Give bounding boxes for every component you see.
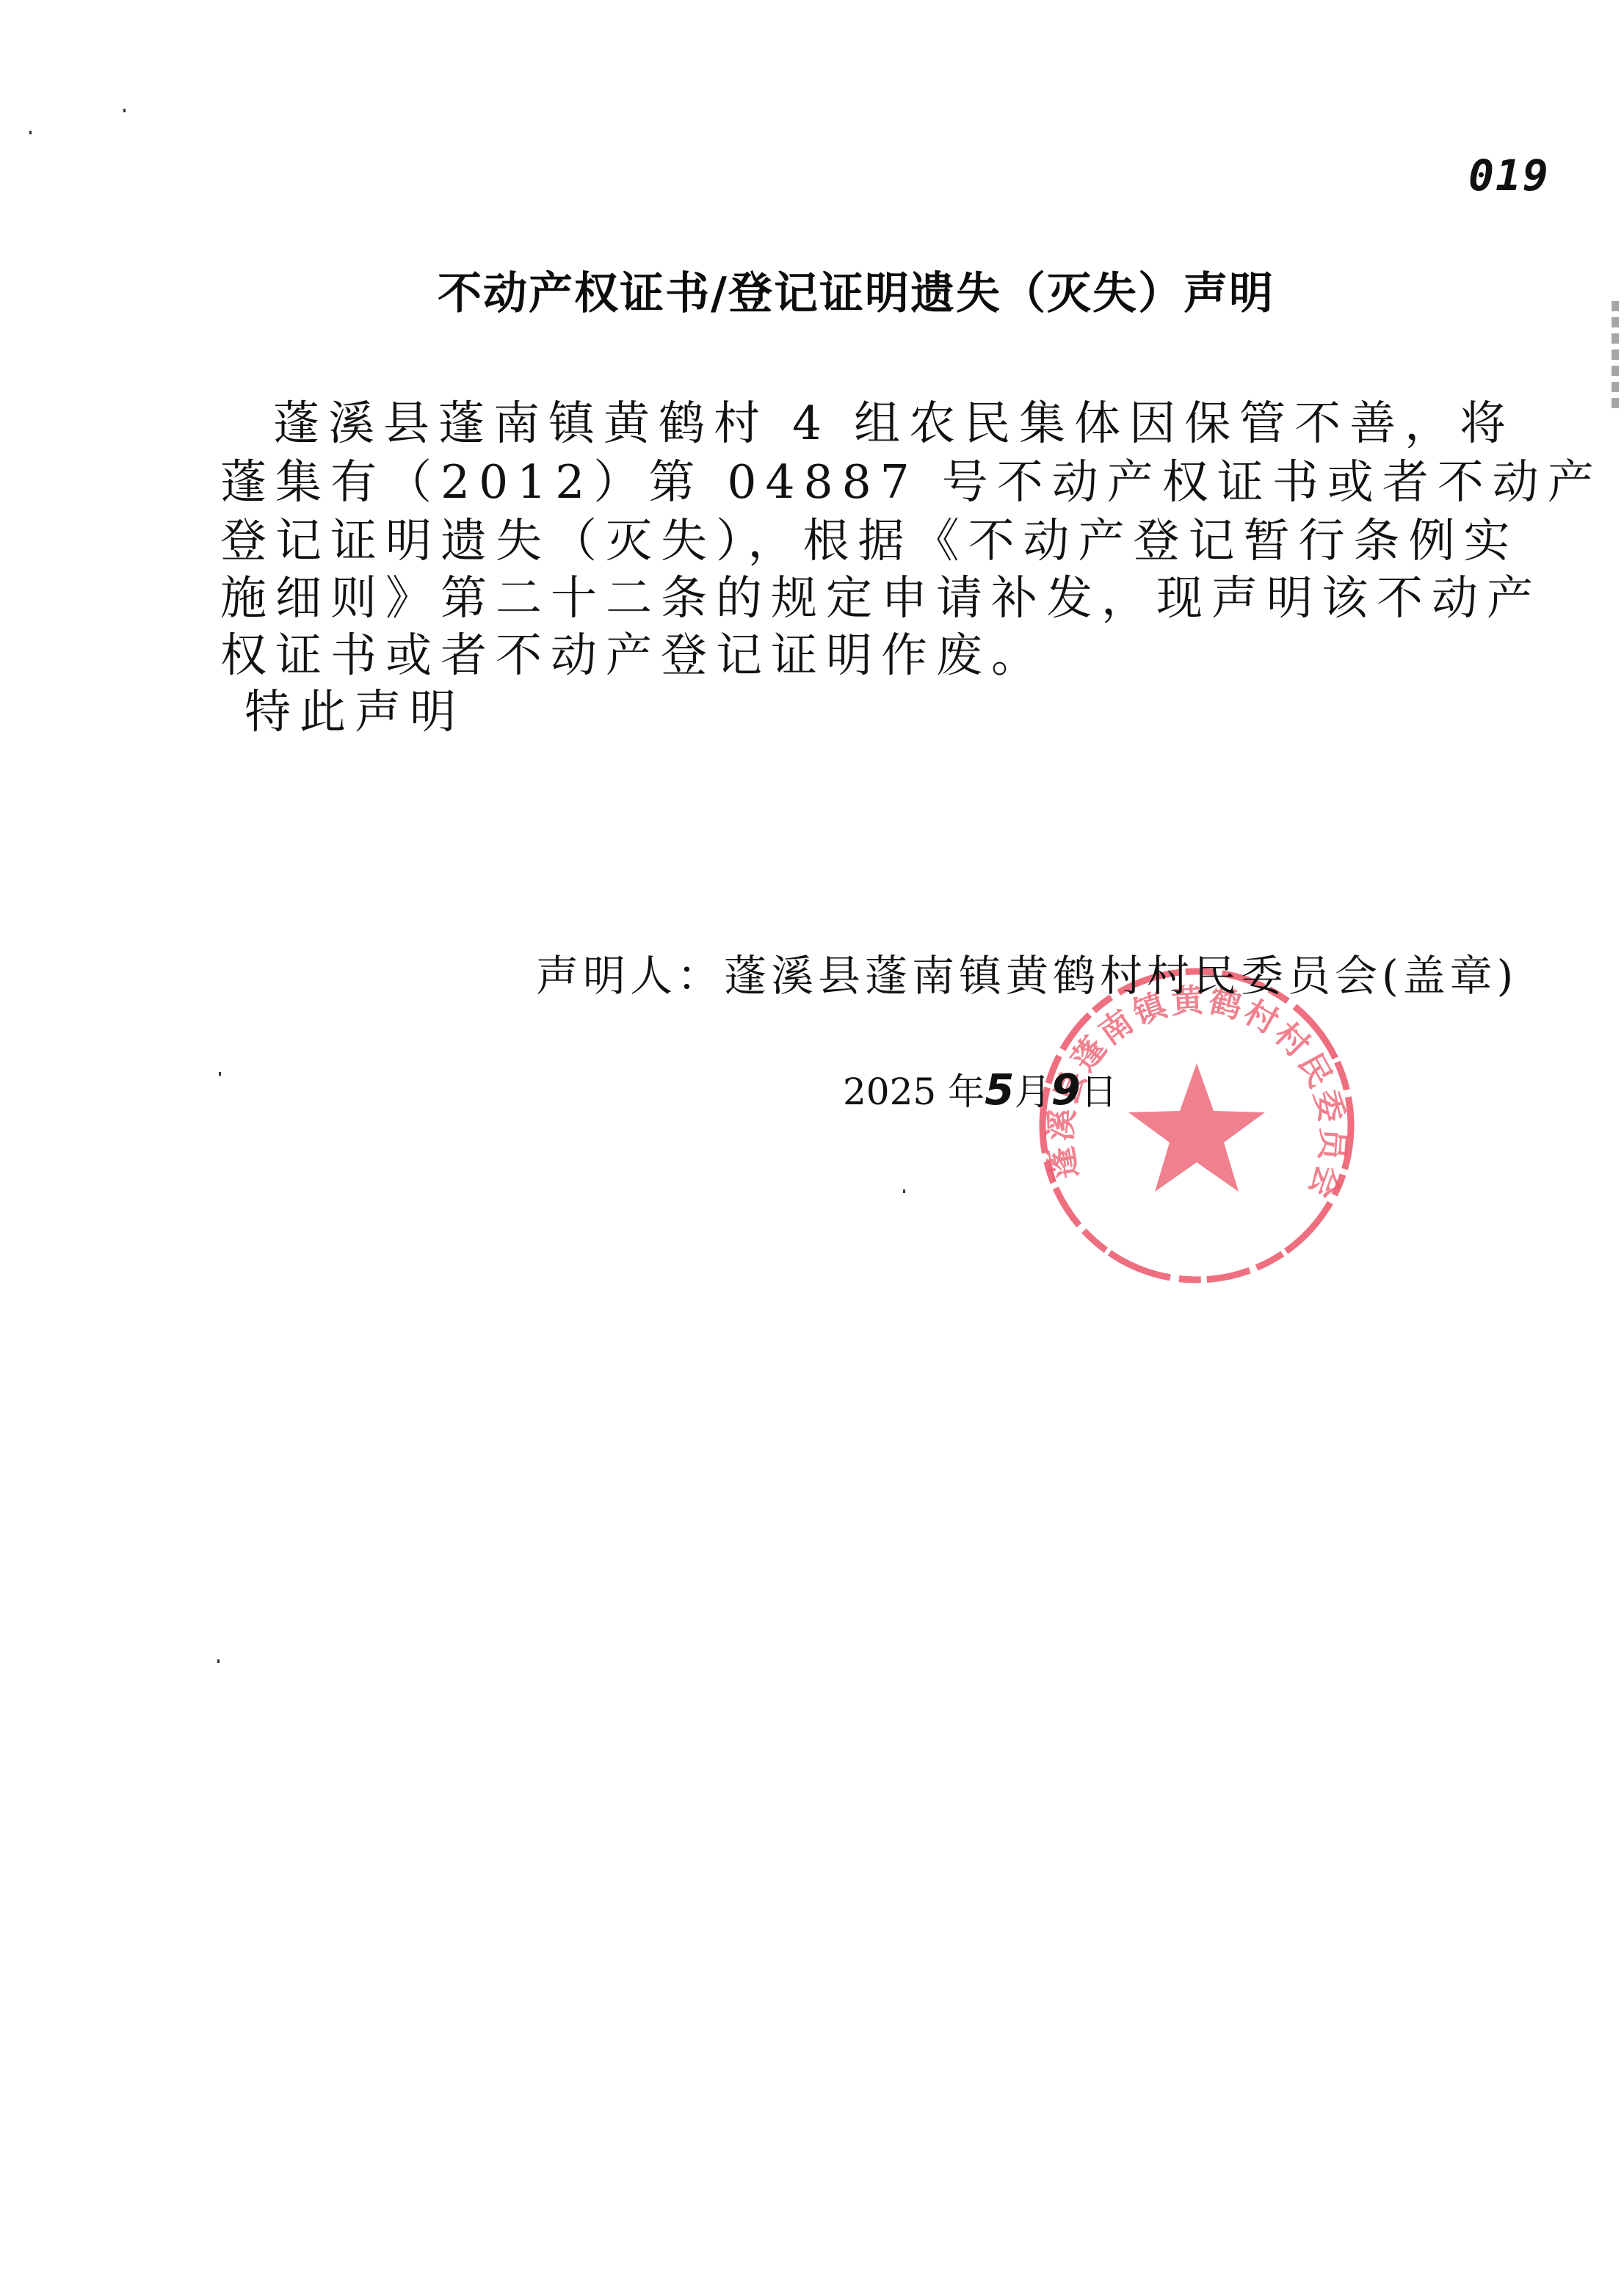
signer-name: 蓬溪县蓬南镇黄鹤村村民委员会 <box>724 951 1382 1001</box>
body-line: 蓬溪县蓬南镇黄鹤村 4 组农民集体因保管不善，将 <box>273 400 1515 446</box>
date-month-suffix: 月 <box>1015 1071 1051 1113</box>
body-line: 施细则》第二十二条的规定申请补发，现声明该不动产 <box>220 575 1542 621</box>
signer-line: 声明人：蓬溪县蓬南镇黄鹤村村民委员会(盖章) <box>536 955 1518 997</box>
document-title: 不动产权证书/登记证明遗失（灭失）声明 <box>0 258 1624 322</box>
official-seal: 蓬溪县蓬南镇黄鹤村村民委员会 <box>1017 953 1377 1291</box>
closing-statement: 特此声明 <box>244 689 465 735</box>
body-line: 蓬集有（2012）第 04887 号不动产权证书或者不动产 <box>220 459 1603 505</box>
date-day-handwritten: 9 <box>1051 1065 1081 1115</box>
date-day-suffix: 日 <box>1081 1071 1117 1113</box>
date-year-suffix: 年 <box>936 1071 985 1113</box>
signer-label: 声明人： <box>536 951 724 1001</box>
scan-speck <box>217 1659 220 1663</box>
scan-speck <box>219 1072 221 1076</box>
scan-speck <box>123 109 126 112</box>
red-star-icon <box>1128 1063 1265 1192</box>
scan-speck <box>29 131 32 134</box>
scan-speck <box>903 1189 905 1193</box>
signing-date: 2025 年5月9日 <box>843 1068 1117 1111</box>
scan-edge-mark <box>1612 301 1619 411</box>
page-number: 019 <box>1468 151 1550 200</box>
date-month-handwritten: 5 <box>985 1065 1014 1115</box>
date-year: 2025 <box>843 1071 936 1113</box>
signer-note: (盖章) <box>1382 951 1518 1001</box>
body-line: 权证书或者不动产登记证明作废。 <box>220 632 1046 678</box>
body-line: 登记证明遗失（灭失），根据《不动产登记暂行条例实 <box>220 518 1519 564</box>
